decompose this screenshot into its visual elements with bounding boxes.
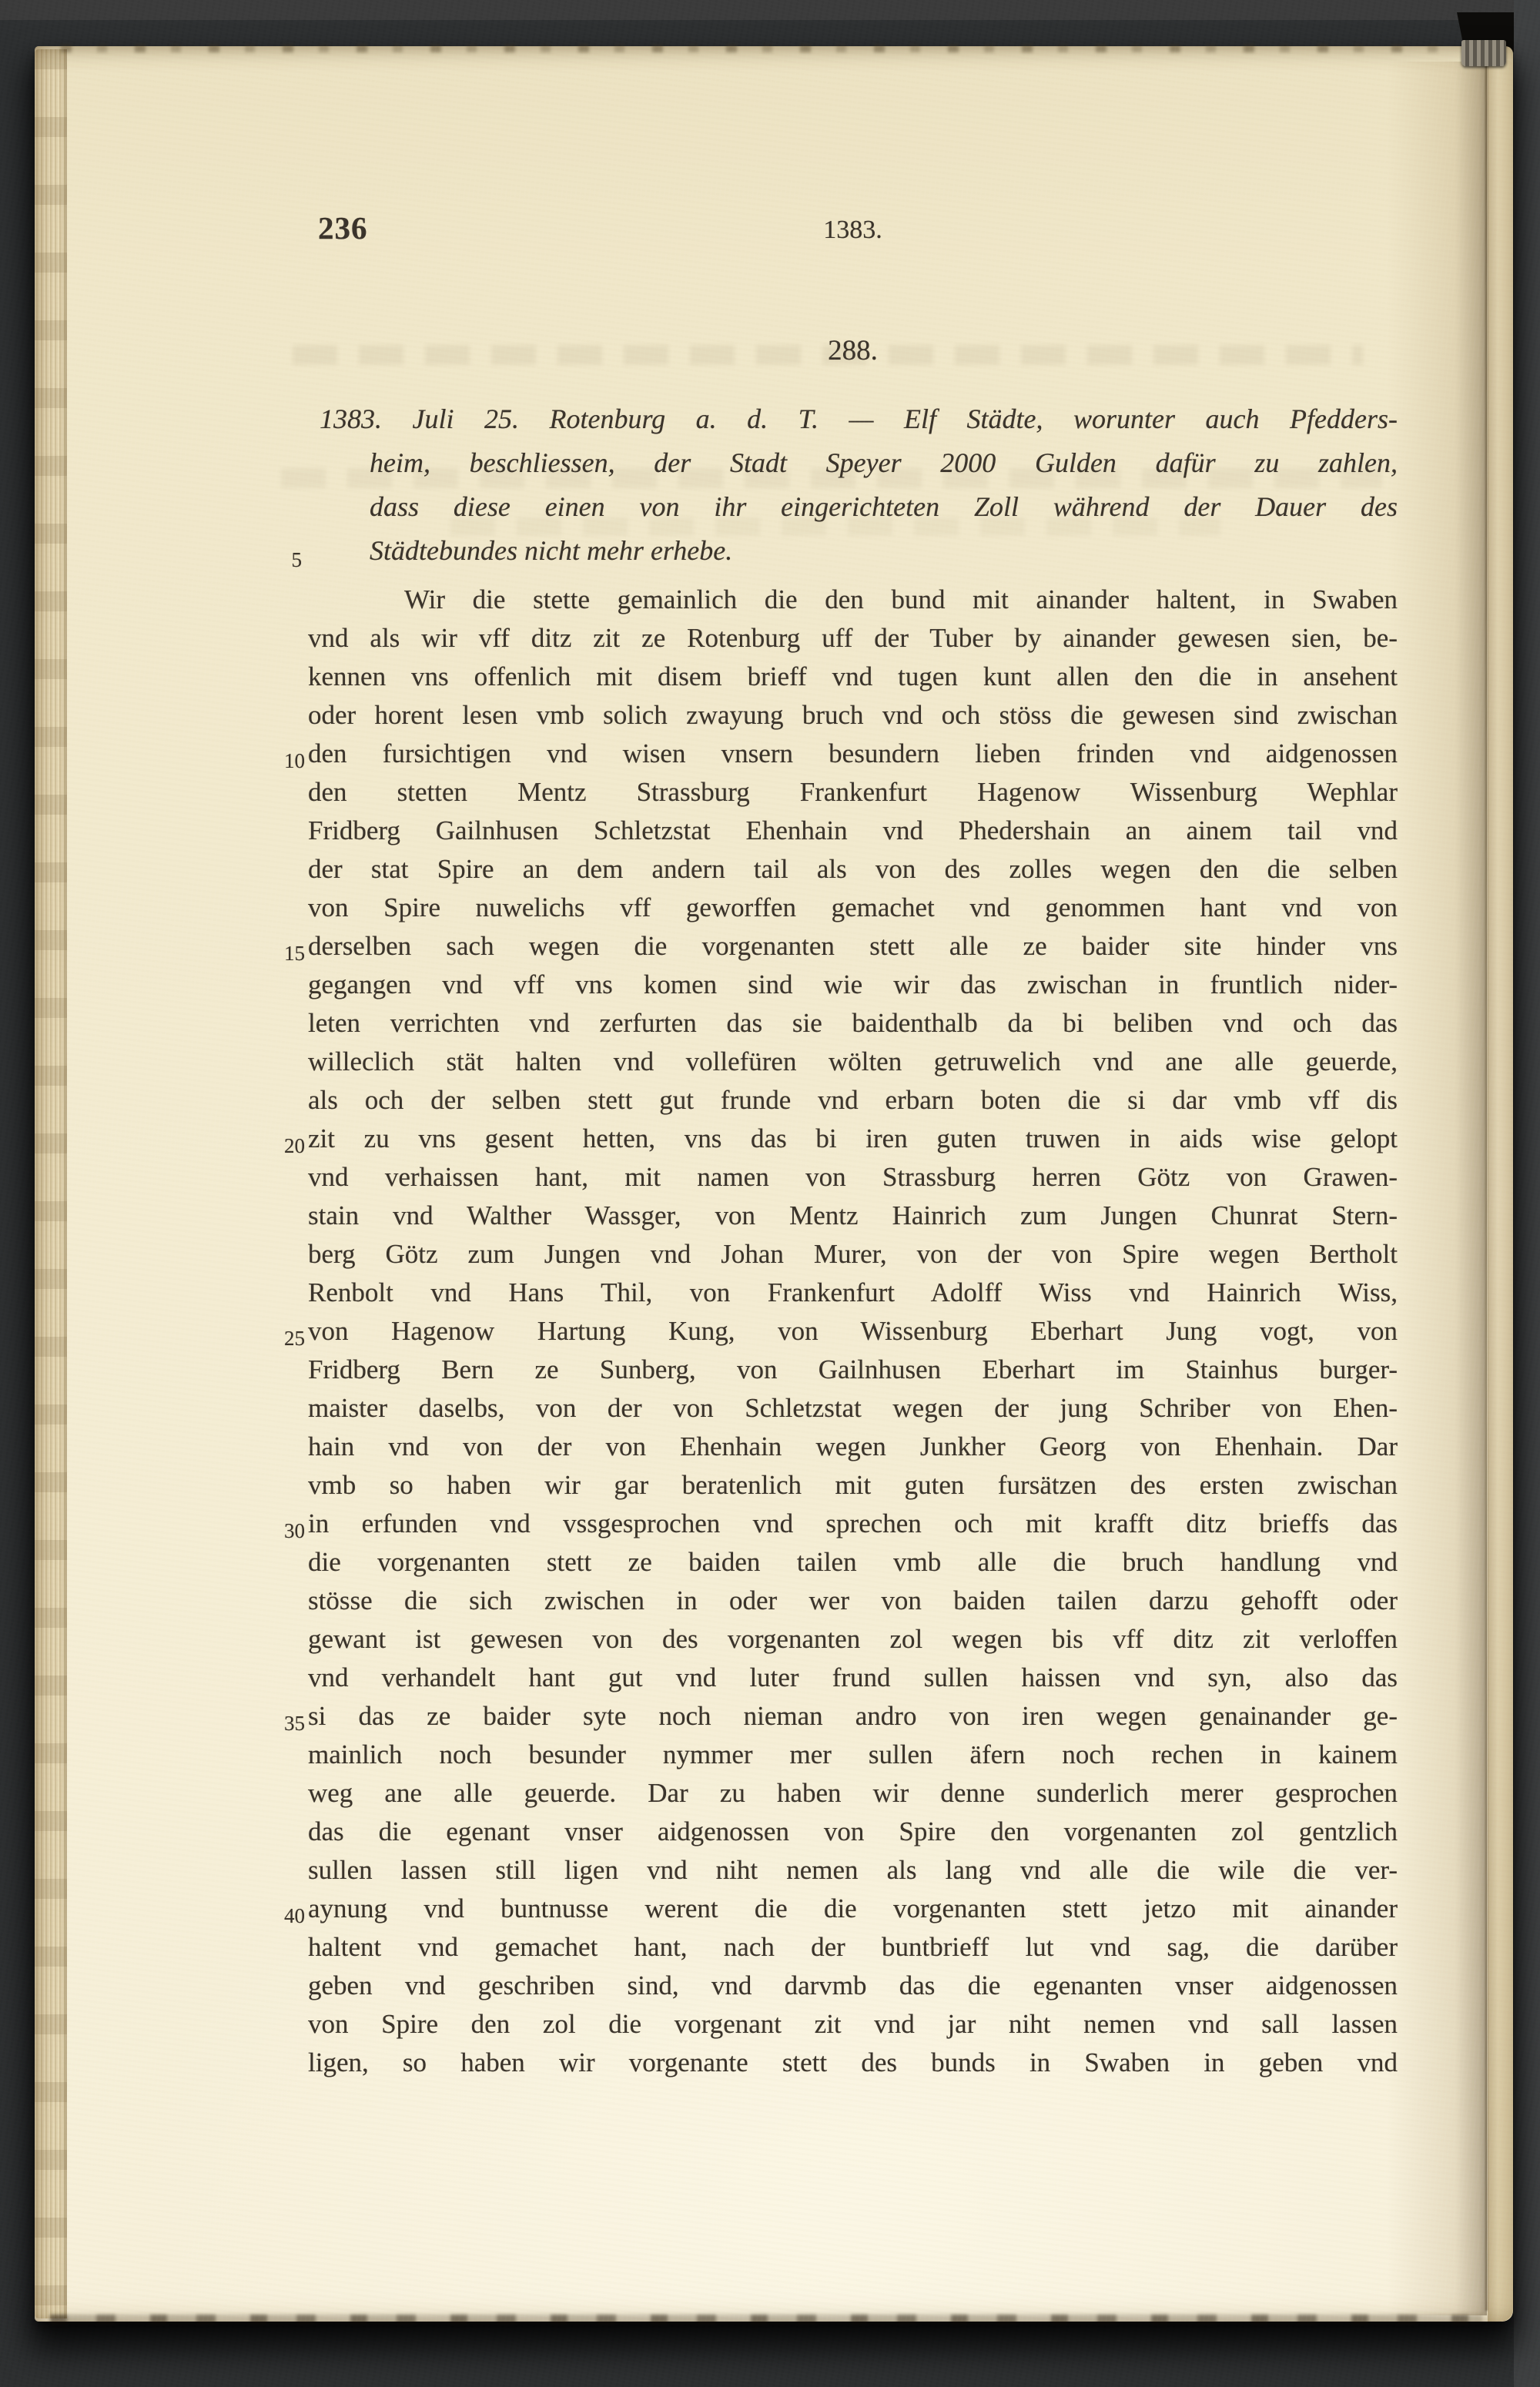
summary-line: heim, beschliessen, der Stadt Speyer 200…: [370, 441, 1398, 485]
body-text-line: vnd verhandelt hant gut vnd luter frund …: [308, 1659, 1398, 1697]
text-line-content: Renbolt vnd Hans Thil, von Frankenfurt A…: [308, 1274, 1398, 1312]
text-line-content: Städtebundes nicht mehr erhebe.: [370, 529, 1398, 573]
body-text-line: stösse die sich zwischen in oder wer von…: [308, 1582, 1398, 1620]
text-line-content: das die egenant vnser aidgenossen von Sp…: [308, 1813, 1398, 1851]
margin-line-number: 10: [273, 742, 305, 780]
body-text-line: gewant ist gewesen von des vorgenanten z…: [308, 1620, 1398, 1659]
margin-line-number: 30: [273, 1512, 305, 1550]
text-line-content: derselben sach wegen die vorgenanten ste…: [308, 927, 1398, 966]
text-line-content: stain vnd Walther Wassger, von Mentz Hai…: [308, 1197, 1398, 1235]
margin-line-number: 35: [273, 1704, 305, 1743]
margin-line-number: 5: [269, 538, 302, 582]
body-text-line: den stetten Mentz Strassburg Frankenfurt…: [308, 773, 1398, 812]
body-text-line: gegangen vnd vff vns komen sind wie wir …: [308, 966, 1398, 1004]
text-line-content: Fridberg Bern ze Sunberg, von Gailnhusen…: [308, 1351, 1398, 1389]
text-line-content: den fursichtigen vnd wisen vnsern besund…: [308, 735, 1398, 773]
background-top-strip: [0, 0, 1540, 20]
text-line-content: vnd verhandelt hant gut vnd luter frund …: [308, 1659, 1398, 1697]
body-text-line: ligen, so haben wir vorgenante stett des…: [308, 2044, 1398, 2082]
book-page: 236 1383. 288. 1383. Juli 25. Rotenburg …: [35, 46, 1513, 2322]
text-line-content: vmb so haben wir gar beratenlich mit gut…: [308, 1466, 1398, 1505]
text-line-content: hain vnd von der von Ehenhain wegen Junk…: [308, 1428, 1398, 1466]
body-text-line: 15derselben sach wegen die vorgenanten s…: [308, 927, 1398, 966]
body-text-line: das die egenant vnser aidgenossen von Sp…: [308, 1813, 1398, 1851]
text-line-content: Wir die stette gemainlich die den bund m…: [308, 581, 1398, 619]
text-line-content: vnd als wir vff ditz zit ze Rotenburg uf…: [308, 619, 1398, 658]
text-line-content: oder horent lesen vmb solich zwayung bru…: [308, 696, 1398, 735]
text-line-content: berg Götz zum Jungen vnd Johan Murer, vo…: [308, 1235, 1398, 1274]
page-stack-edge-striations: [35, 49, 67, 2318]
text-line-content: leten verrichten vnd zerfurten das sie b…: [308, 1004, 1398, 1043]
body-text-line: willeclich stät halten vnd vollefüren wö…: [308, 1043, 1398, 1081]
body-text-line: Renbolt vnd Hans Thil, von Frankenfurt A…: [308, 1274, 1398, 1312]
body-text-line: als och der selben stett gut frunde vnd …: [308, 1081, 1398, 1120]
body-text-line: stain vnd Walther Wassger, von Mentz Hai…: [308, 1197, 1398, 1235]
body-text-line: geben vnd geschriben sind, vnd darvmb da…: [308, 1967, 1398, 2005]
text-line-content: ligen, so haben wir vorgenante stett des…: [308, 2044, 1398, 2082]
text-line-content: heim, beschliessen, der Stadt Speyer 200…: [370, 441, 1398, 485]
body-text-line: 20zit zu vns gesent hetten, vns das bi i…: [308, 1120, 1398, 1158]
text-line-content: maister daselbs, von der von Schletzstat…: [308, 1389, 1398, 1428]
text-line-content: kennen vns offenlich mit disem brieff vn…: [308, 658, 1398, 696]
entry-number: 288.: [308, 334, 1398, 367]
body-text-line: weg ane alle geuerde. Dar zu haben wir d…: [308, 1774, 1398, 1813]
body-text-line: Wir die stette gemainlich die den bund m…: [308, 581, 1398, 619]
headband-decoration: [1461, 40, 1506, 66]
body-text-line: Fridberg Bern ze Sunberg, von Gailnhusen…: [308, 1351, 1398, 1389]
running-head-year: 1383.: [308, 216, 1398, 245]
text-line-content: von Hagenow Hartung Kung, von Wissenburg…: [308, 1312, 1398, 1351]
body-text-line: haltent vnd gemachet hant, nach der bunt…: [308, 1928, 1398, 1967]
body-text-line: oder horent lesen vmb solich zwayung bru…: [308, 696, 1398, 735]
text-line-content: von Spire den zol die vorgenant zit vnd …: [308, 2005, 1398, 2044]
text-line-content: gegangen vnd vff vns komen sind wie wir …: [308, 966, 1398, 1004]
body-text-line: der stat Spire an dem andern tail als vo…: [308, 850, 1398, 889]
body-text-line: leten verrichten vnd zerfurten das sie b…: [308, 1004, 1398, 1043]
body-text-line: kennen vns offenlich mit disem brieff vn…: [308, 658, 1398, 696]
text-line-content: si das ze baider syte noch nieman andro …: [308, 1697, 1398, 1736]
text-line-content: der stat Spire an dem andern tail als vo…: [308, 850, 1398, 889]
body-text-line: berg Götz zum Jungen vnd Johan Murer, vo…: [308, 1235, 1398, 1274]
body-text-line: 40aynung vnd buntnusse werent die die vo…: [308, 1890, 1398, 1928]
scanned-book-page-view: 236 1383. 288. 1383. Juli 25. Rotenburg …: [0, 0, 1540, 2387]
summary-line: 1383. Juli 25. Rotenburg a. d. T. — Elf …: [370, 397, 1398, 441]
text-line-content: als och der selben stett gut frunde vnd …: [308, 1081, 1398, 1120]
body-text-line: vnd als wir vff ditz zit ze Rotenburg uf…: [308, 619, 1398, 658]
body-text-line: 25von Hagenow Hartung Kung, von Wissenbu…: [308, 1312, 1398, 1351]
body-text-block: Wir die stette gemainlich die den bund m…: [308, 581, 1398, 2082]
background-right-strip: [1514, 0, 1540, 2387]
gutter-fold-strip: [1488, 60, 1513, 2322]
summary-block: 1383. Juli 25. Rotenburg a. d. T. — Elf …: [370, 397, 1398, 573]
text-line-content: den stetten Mentz Strassburg Frankenfurt…: [308, 773, 1398, 812]
body-text-line: maister daselbs, von der von Schletzstat…: [308, 1389, 1398, 1428]
margin-line-number: 25: [273, 1319, 305, 1358]
body-text-line: die vorgenanten stett ze baiden tailen v…: [308, 1543, 1398, 1582]
text-line-content: sullen lassen still ligen vnd niht nemen…: [308, 1851, 1398, 1890]
margin-line-number: 15: [273, 934, 305, 973]
text-line-content: geben vnd geschriben sind, vnd darvmb da…: [308, 1967, 1398, 2005]
body-text-line: von Spire nuwelichs vff geworffen gemach…: [308, 889, 1398, 927]
body-text-line: vnd verhaissen hant, mit namen von Stras…: [308, 1158, 1398, 1197]
gutter-shadow: [1387, 62, 1487, 2315]
body-text-line: mainlich noch besunder nymmer mer sullen…: [308, 1736, 1398, 1774]
body-text-line: vmb so haben wir gar beratenlich mit gut…: [308, 1466, 1398, 1505]
text-line-content: Fridberg Gailnhusen Schletzstat Ehenhain…: [308, 812, 1398, 850]
text-line-content: die vorgenanten stett ze baiden tailen v…: [308, 1543, 1398, 1582]
text-line-content: stösse die sich zwischen in oder wer von…: [308, 1582, 1398, 1620]
text-line-content: mainlich noch besunder nymmer mer sullen…: [308, 1736, 1398, 1774]
body-text-line: von Spire den zol die vorgenant zit vnd …: [308, 2005, 1398, 2044]
text-line-content: gewant ist gewesen von des vorgenanten z…: [308, 1620, 1398, 1659]
summary-line: dass diese einen von ihr eingerichteten …: [370, 485, 1398, 529]
margin-line-number: 40: [273, 1897, 305, 1935]
margin-line-number: 20: [273, 1127, 305, 1165]
page-bottom-deckle-edge: [50, 2315, 1482, 2324]
gutter-crease-line: [1485, 63, 1488, 2311]
body-text-line: 35si das ze baider syte noch nieman andr…: [308, 1697, 1398, 1736]
body-text-line: sullen lassen still ligen vnd niht nemen…: [308, 1851, 1398, 1890]
text-line-content: willeclich stät halten vnd vollefüren wö…: [308, 1043, 1398, 1081]
text-line-content: vnd verhaissen hant, mit namen von Stras…: [308, 1158, 1398, 1197]
text-line-content: 1383. Juli 25. Rotenburg a. d. T. — Elf …: [370, 397, 1398, 441]
text-line-content: dass diese einen von ihr eingerichteten …: [370, 485, 1398, 529]
page-top-deckle-edge: [61, 45, 1490, 52]
text-line-content: von Spire nuwelichs vff geworffen gemach…: [308, 889, 1398, 927]
text-line-content: weg ane alle geuerde. Dar zu haben wir d…: [308, 1774, 1398, 1813]
summary-line: 5Städtebundes nicht mehr erhebe.: [370, 529, 1398, 573]
body-text-line: 30in erfunden vnd vssgesprochen vnd spre…: [308, 1505, 1398, 1543]
text-line-content: zit zu vns gesent hetten, vns das bi ire…: [308, 1120, 1398, 1158]
body-text-line: 10den fursichtigen vnd wisen vnsern besu…: [308, 735, 1398, 773]
body-text-line: hain vnd von der von Ehenhain wegen Junk…: [308, 1428, 1398, 1466]
text-line-content: in erfunden vnd vssgesprochen vnd sprech…: [308, 1505, 1398, 1543]
text-line-content: haltent vnd gemachet hant, nach der bunt…: [308, 1928, 1398, 1967]
text-line-content: aynung vnd buntnusse werent die die vorg…: [308, 1890, 1398, 1928]
body-text-line: Fridberg Gailnhusen Schletzstat Ehenhain…: [308, 812, 1398, 850]
